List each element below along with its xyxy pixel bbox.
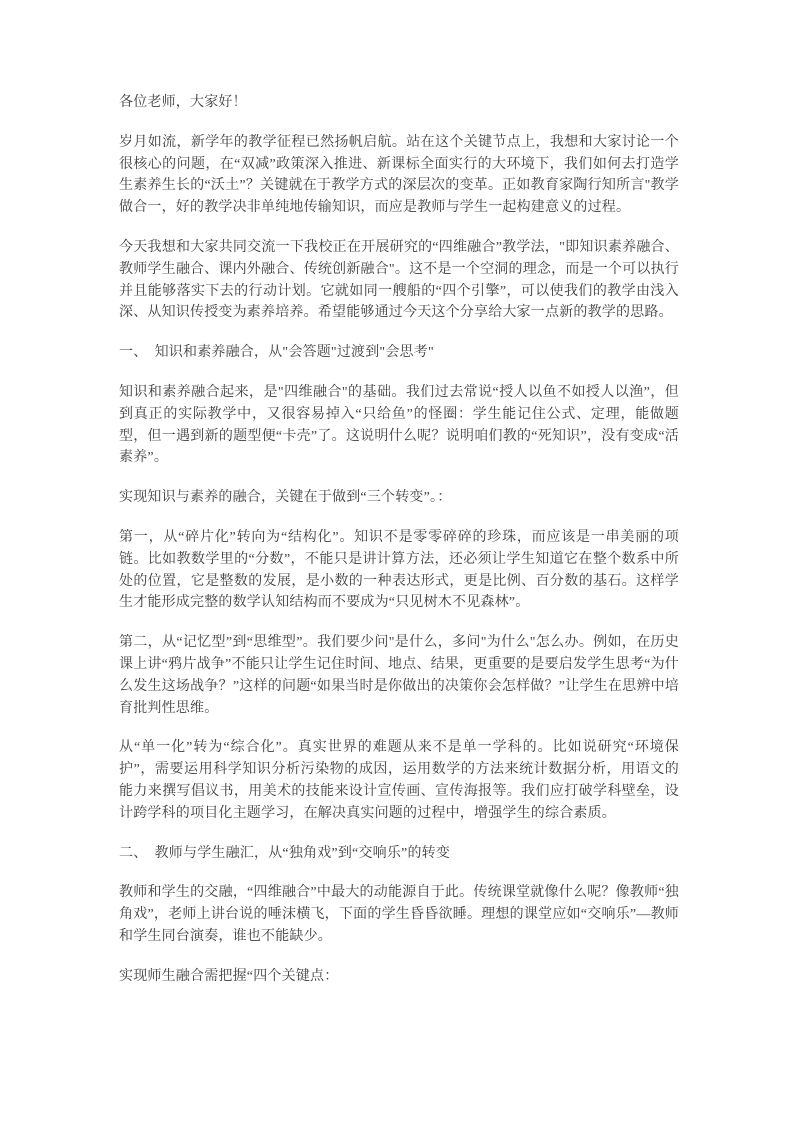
section-2-heading: 二、 教师与学生融汇，从“独角戏”到“交响乐”的转变 [119,843,679,865]
document-page: 各位老师，大家好！ 岁月如流，新学年的教学征程已然扬帆启航。站在这个关键节点上，… [0,0,793,1122]
greeting-paragraph: 各位老师，大家好！ [119,92,679,114]
section-1-point-3: 从“单一化”转为“综合化”。真实世界的难题从来不是单一学科的。比如说研究“环境保… [119,737,679,824]
section-1-heading: 一、 知识和素养融合，从"会答题"过渡到"会思考" [119,342,679,364]
section-1-point-2: 第二，从“记忆型”到“思维型”。我们要少问"是什么，多问"为什么"怎么办。例如，… [119,632,679,719]
section-1-paragraph-1: 知识和素养融合起来，是"四维融合"的基础。我们过去常说“授人以鱼不如授人以渔”，… [119,382,679,469]
section-2-paragraph-2: 实现师生融合需把握“四个关键点： [119,966,679,988]
document-body: 各位老师，大家好！ 岁月如流，新学年的教学征程已然扬帆启航。站在这个关键节点上，… [119,92,679,988]
section-1-point-1: 第一，从“碎片化”转向为“结构化”。知识不是零零碎碎的珍珠，而应该是一串美丽的项… [119,527,679,614]
section-2-paragraph-1: 教师和学生的交融，“四维融合”中最大的动能源自于此。传统课堂就像什么呢？像教师“… [119,882,679,947]
intro-paragraph: 岁月如流，新学年的教学征程已然扬帆启航。站在这个关键节点上，我想和大家讨论一个很… [119,132,679,219]
section-1-paragraph-2: 实现知识与素养的融合，关键在于做到“三个转变”。： [119,487,679,509]
overview-paragraph: 今天我想和大家共同交流一下我校正在开展研究的“四维融合”教学法，"即知识素养融合… [119,237,679,324]
